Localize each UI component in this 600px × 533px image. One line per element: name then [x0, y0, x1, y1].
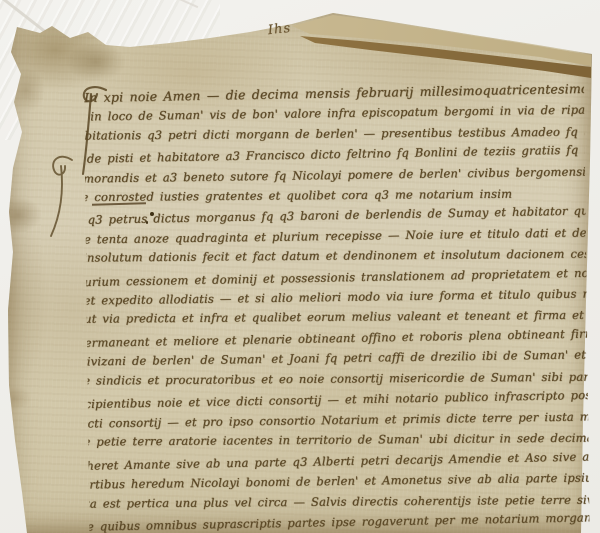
manuscript-photo: Ihs In xpi noie Amen — die decima mensis… [0, 0, 600, 533]
plaster-crease [152, 0, 198, 8]
manuscript-text-block: In xpi noie Amen — die decima mensis feb… [84, 80, 589, 533]
ink-spot [146, 221, 148, 224]
ink-spot [150, 212, 154, 216]
invocation-mark: Ihs [267, 21, 292, 38]
